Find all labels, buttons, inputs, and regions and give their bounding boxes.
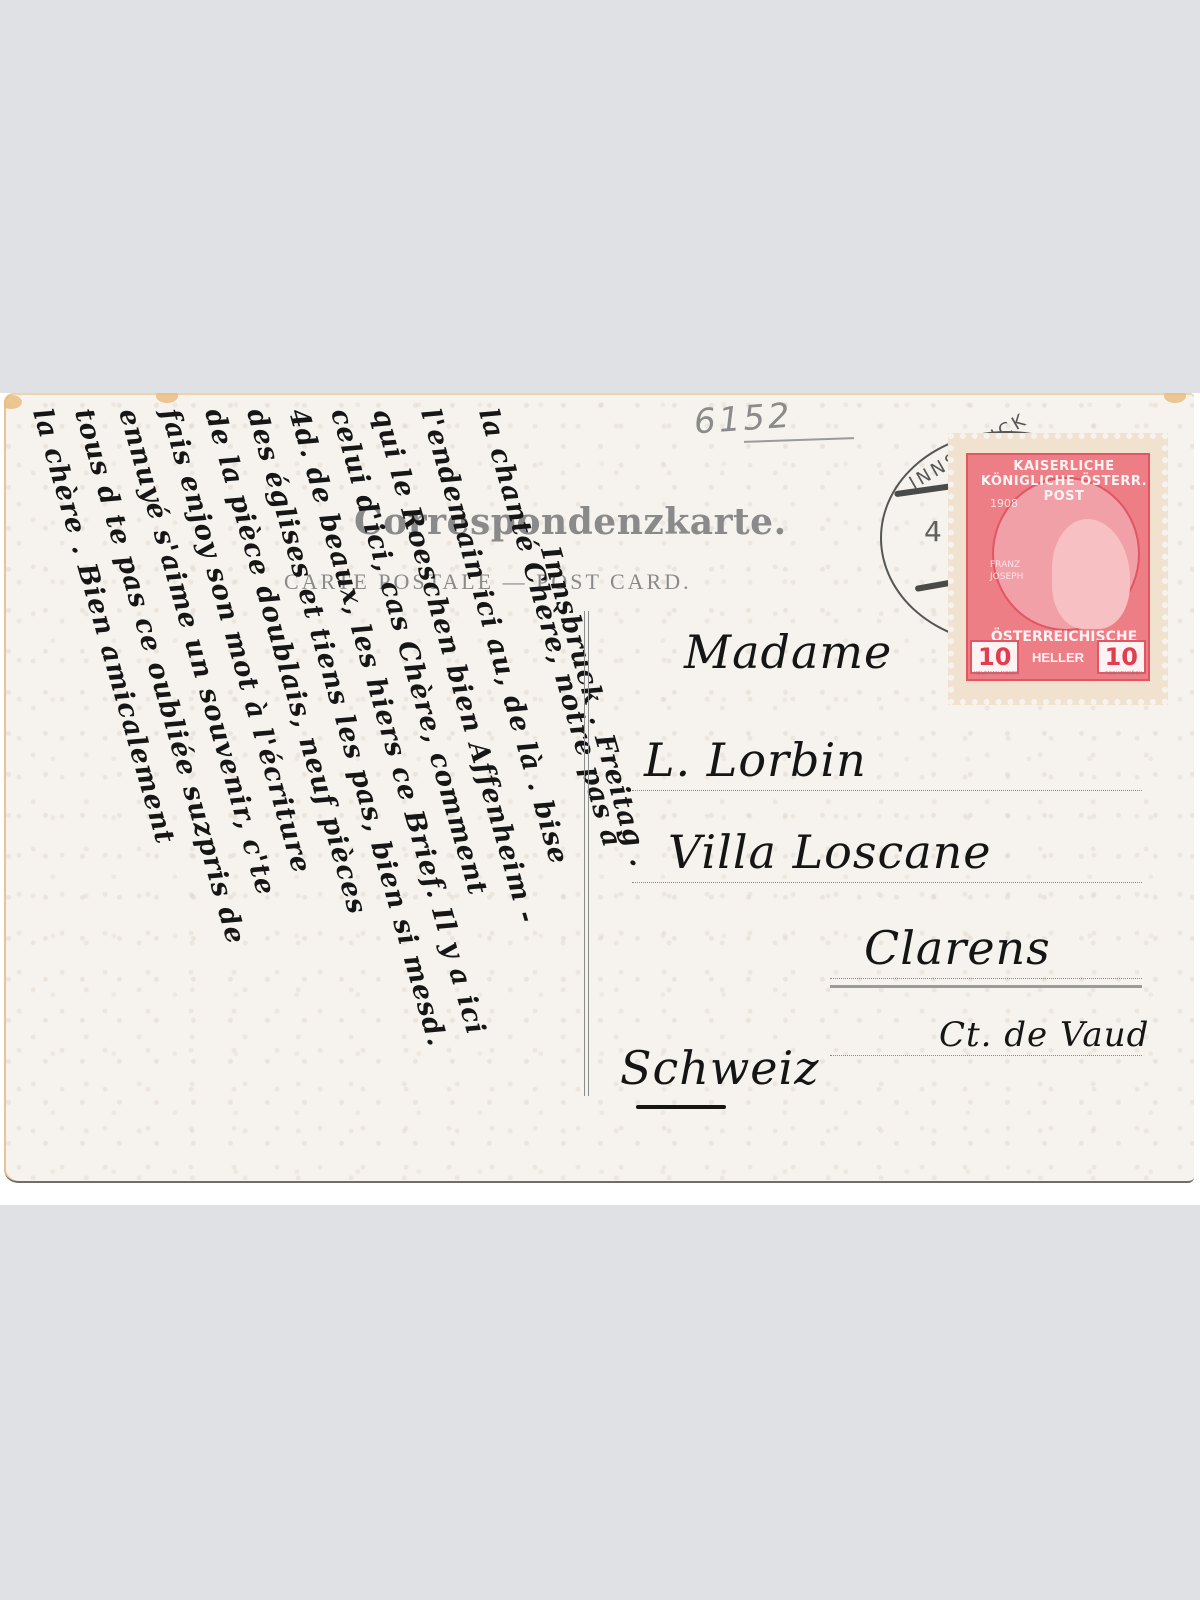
stamp-year: 1908	[990, 497, 1018, 510]
country-underline	[636, 1105, 726, 1109]
stamp-currency: HELLER	[1032, 650, 1084, 665]
catalog-number: 6152	[693, 396, 794, 443]
address-rule	[830, 985, 1142, 988]
stamp-engraver-left: KOLOMAN MOSER	[974, 671, 1019, 677]
stamp-frame: KAISERLICHE KÖNIGLICHE ÖSTERR. POST 1908…	[966, 453, 1150, 681]
address-rule	[632, 790, 1142, 791]
postcard: 6152 Correspondenzkarte. CARTE POSTALE —…	[4, 393, 1194, 1183]
address-rule	[632, 882, 1142, 883]
handwritten-message: la chère . Bien amicalement tous d te pa…	[4, 393, 584, 1181]
message-address-divider	[584, 611, 589, 1096]
address-city: Clarens	[864, 921, 1051, 975]
address-rule	[830, 1055, 1142, 1056]
catalog-underline	[744, 437, 854, 443]
address-country: Schweiz	[620, 1041, 819, 1095]
stamp-engraver-right: F.SCHIRNBÖCK	[1105, 671, 1142, 677]
address-rule	[830, 978, 1142, 979]
paper-stain	[1164, 393, 1186, 403]
address-recipient: L. Lorbin	[644, 733, 867, 787]
stamp-portrait-name: FRANZ JOSEPH	[990, 559, 1030, 583]
stamp-value-left: 10	[970, 640, 1019, 674]
address-salutation: Madame	[684, 625, 892, 679]
address-canton: Ct. de Vaud	[939, 1015, 1149, 1055]
postage-stamp: KAISERLICHE KÖNIGLICHE ÖSTERR. POST 1908…	[948, 433, 1168, 705]
address-street: Villa Loscane	[668, 825, 991, 879]
emperor-portrait-icon	[1052, 519, 1130, 629]
stamp-value-row: 10 HELLER 10	[970, 639, 1146, 675]
stamp-value-right: 10	[1097, 640, 1146, 674]
